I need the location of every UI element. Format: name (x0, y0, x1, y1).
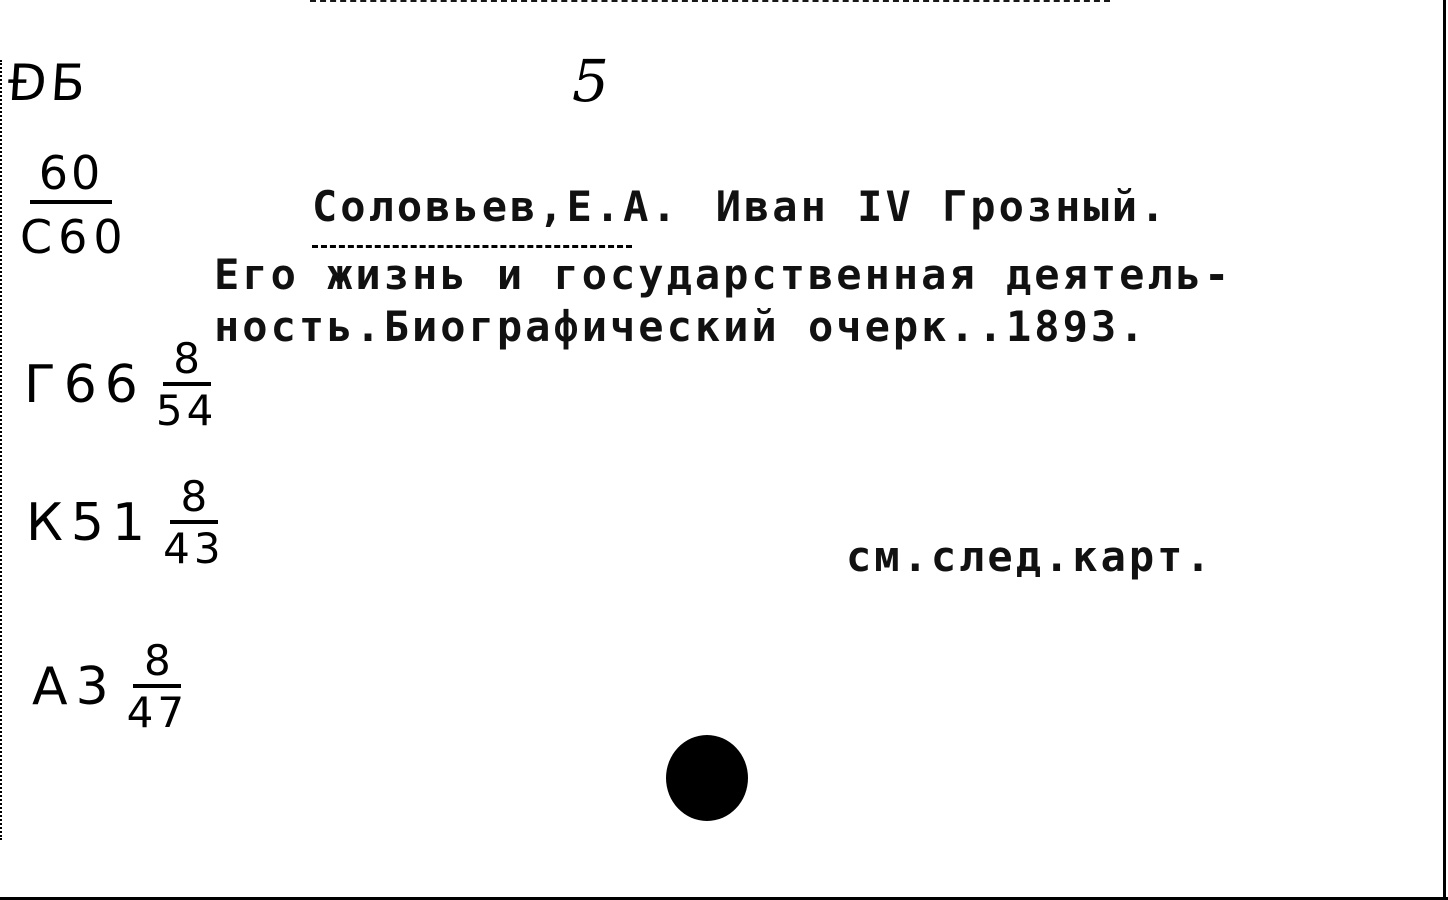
location-mark: А3 8 47 (32, 640, 188, 734)
location-denominator: 54 (156, 390, 217, 432)
location-denominator: 47 (127, 692, 188, 734)
shelf-mark-denominator: С60 (20, 214, 112, 260)
location-numerator: 8 (144, 640, 171, 682)
location-fraction: 8 43 (163, 476, 224, 570)
shelf-mark-code: ÐБ (6, 58, 91, 108)
location-numerator: 8 (180, 476, 207, 518)
page-number: 5 (572, 52, 609, 110)
location-code: А3 (32, 661, 117, 713)
shelf-mark-numerator: 60 (30, 150, 112, 196)
catalog-card: ÐБ 60 С60 5 Г66 8 54 К51 8 43 А3 8 47 Со… (0, 0, 1448, 900)
author-underline (312, 242, 632, 248)
entry-heading: Соловьев,Е.А.Иван IV Грозный. (312, 186, 1168, 228)
title-line-3: ность.Биографический очерк..1893. (214, 306, 1147, 348)
shelf-mark-fraction: 60 С60 (30, 150, 112, 260)
location-code: К51 (26, 497, 153, 549)
card-right-edge (1440, 0, 1446, 900)
card-top-edge (310, 0, 1110, 5)
location-mark: Г66 8 54 (24, 338, 217, 432)
card-left-edge (0, 60, 4, 840)
punch-hole (666, 735, 748, 821)
location-fraction: 8 54 (156, 338, 217, 432)
location-numerator: 8 (173, 338, 200, 380)
location-denominator: 43 (163, 528, 224, 570)
continuation-note: см.след.карт. (846, 536, 1214, 578)
card-bottom-edge (0, 894, 1448, 900)
title-line-1: Иван IV Грозный. (716, 182, 1169, 231)
location-code: Г66 (24, 359, 146, 411)
location-fraction: 8 47 (127, 640, 188, 734)
location-mark: К51 8 43 (26, 476, 225, 570)
title-line-2: Его жизнь и государственная деятель- (214, 254, 1232, 296)
fraction-bar (30, 200, 112, 204)
author-name: Соловьев,Е.А. (312, 182, 680, 231)
